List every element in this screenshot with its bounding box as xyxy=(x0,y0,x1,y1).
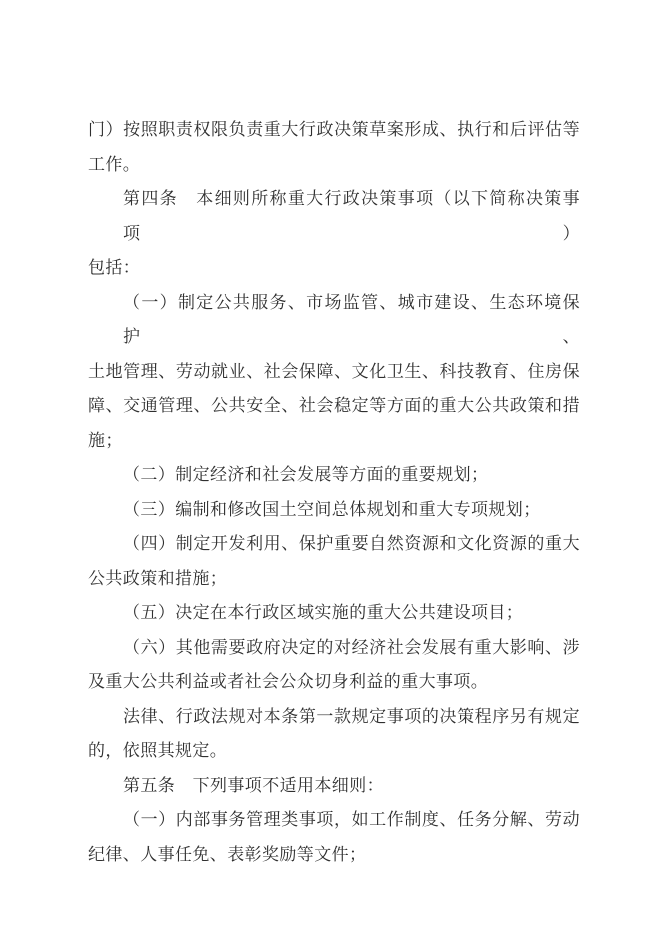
text-line: 障、交通管理、公共安全、社会稳定等方面的重大公共政策和措 xyxy=(88,389,580,424)
text-line: 法律、行政法规对本条第一款规定事项的决策程序另有规定 xyxy=(88,700,580,735)
text-line: 第四条 本细则所称重大行政决策事项（以下简称决策事项） xyxy=(88,182,580,251)
text-line: （五）决定在本行政区域实施的重大公共建设项目； xyxy=(88,596,580,631)
text-line: 公共政策和措施； xyxy=(88,562,580,597)
text-line: 土地管理、劳动就业、社会保障、文化卫生、科技教育、住房保 xyxy=(88,355,580,390)
text-line: （六）其他需要政府决定的对经济社会发展有重大影响、涉 xyxy=(88,631,580,666)
text-line: （一）内部事务管理类事项，如工作制度、任务分解、劳动 xyxy=(88,803,580,838)
text-line: 包括： xyxy=(88,251,580,286)
text-line: 的，依照其规定。 xyxy=(88,734,580,769)
text-line: 施； xyxy=(88,424,580,459)
text-line: （二）制定经济和社会发展等方面的重要规划； xyxy=(88,458,580,493)
text-line: 工作。 xyxy=(88,148,580,183)
document-body: 门）按照职责权限负责重大行政决策草案形成、执行和后评估等工作。第四条 本细则所称… xyxy=(88,113,580,872)
text-line: 第五条 下列事项不适用本细则： xyxy=(88,769,580,804)
text-line: 门）按照职责权限负责重大行政决策草案形成、执行和后评估等 xyxy=(88,113,580,148)
text-line: 纪律、人事任免、表彰奖励等文件； xyxy=(88,838,580,873)
text-line: （四）制定开发利用、保护重要自然资源和文化资源的重大 xyxy=(88,527,580,562)
text-line: （一）制定公共服务、市场监管、城市建设、生态环境保护、 xyxy=(88,286,580,355)
text-line: （三）编制和修改国土空间总体规划和重大专项规划； xyxy=(88,493,580,528)
document-page: 门）按照职责权限负责重大行政决策草案形成、执行和后评估等工作。第四条 本细则所称… xyxy=(0,0,662,936)
text-line: 及重大公共利益或者社会公众切身利益的重大事项。 xyxy=(88,665,580,700)
